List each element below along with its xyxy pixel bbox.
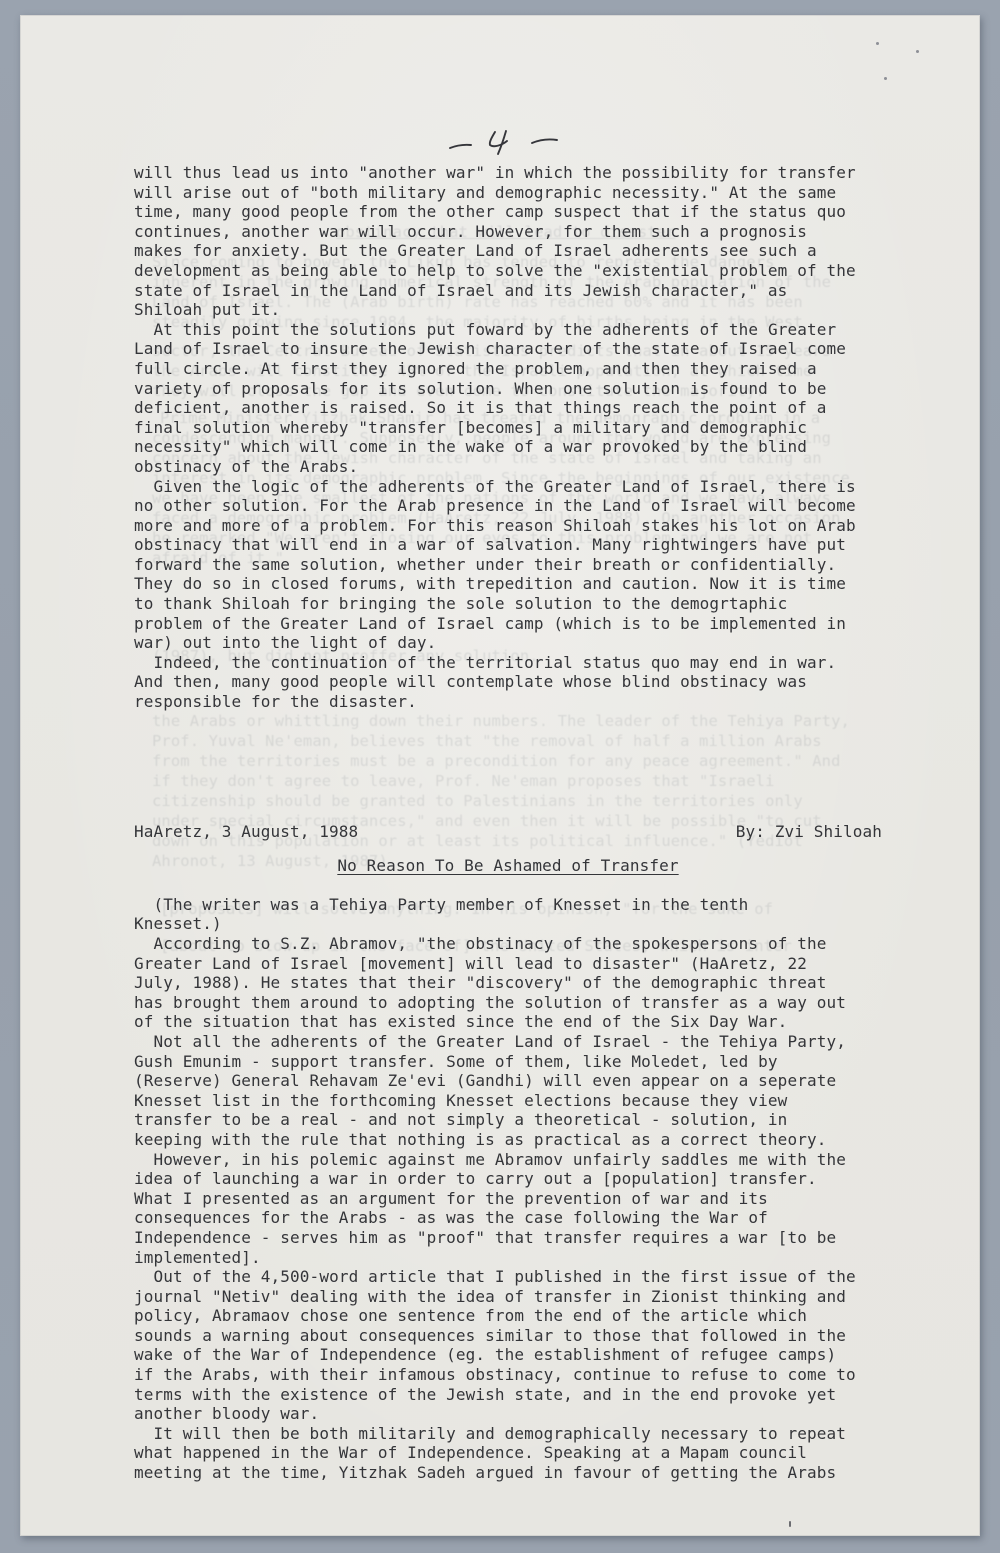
source-dateline: HaAretz, 3 August, 1988 xyxy=(134,822,358,842)
scanner-background: obstinacy that will lead to disaster Sin… xyxy=(0,0,1000,1553)
stray-pen-mark xyxy=(789,1521,791,1527)
paper-sheet: obstinacy that will lead to disaster Sin… xyxy=(20,15,980,1536)
paragraph: will thus lead us into "another war" in … xyxy=(134,163,882,320)
paragraph: Given the logic of the adherents of the … xyxy=(134,477,882,653)
writer-note: (The writer was a Tehiya Party member of… xyxy=(134,895,882,934)
paragraph: Indeed, the continuation of the territor… xyxy=(134,653,882,712)
typewritten-text-column: will thus lead us into "another war" in … xyxy=(134,163,882,1483)
paragraph: It will then be both militarily and demo… xyxy=(134,1424,882,1483)
paper-speck xyxy=(916,50,919,53)
article-title: No Reason To Be Ashamed of Transfer xyxy=(134,856,882,876)
paragraph: At this point the solutions put foward b… xyxy=(134,320,882,477)
paragraph: According to S.Z. Abramov, "the obstinac… xyxy=(134,934,882,1032)
paper-speck xyxy=(876,42,879,45)
paper-speck xyxy=(884,77,887,80)
byline-row: HaAretz, 3 August, 1988 By: Zvi Shiloah xyxy=(134,822,882,842)
paragraph: Not all the adherents of the Greater Lan… xyxy=(134,1032,882,1150)
handwritten-page-number xyxy=(440,123,580,167)
paragraph: Out of the 4,500-word article that I pub… xyxy=(134,1267,882,1424)
author-credit: By: Zvi Shiloah xyxy=(736,822,882,842)
paragraph: However, in his polemic against me Abram… xyxy=(134,1150,882,1268)
